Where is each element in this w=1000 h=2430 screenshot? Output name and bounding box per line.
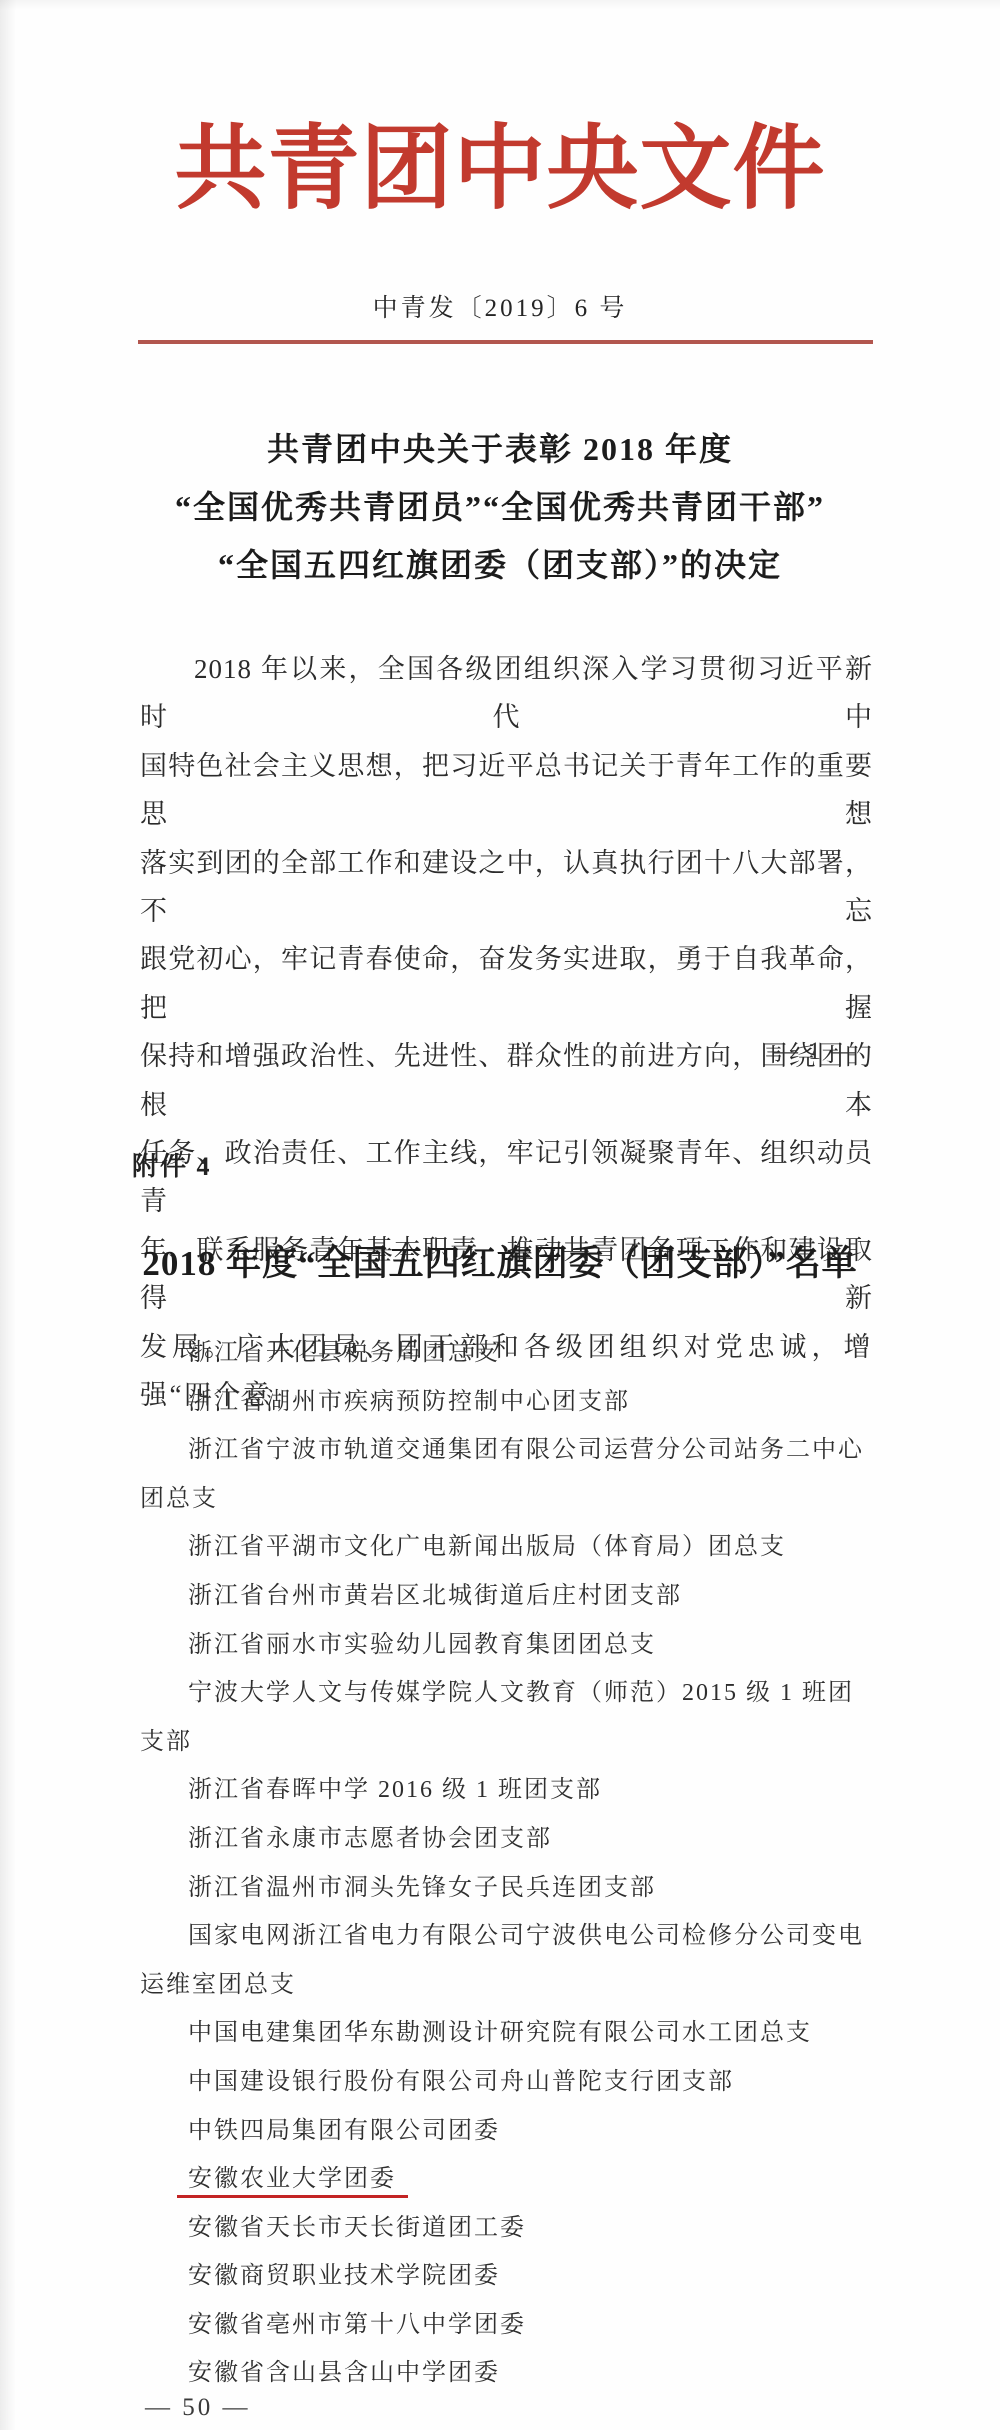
decision-title-line: “全国优秀共青团员”“全国优秀共青团干部” [0, 478, 1000, 536]
decision-title: 共青团中央关于表彰 2018 年度“全国优秀共青团员”“全国优秀共青团干部”“全… [0, 420, 1000, 594]
body-paragraph-line: 落实到团的全部工作和建设之中，认真执行团十八大部署，不忘 [140, 839, 873, 936]
award-list-item: 中铁四局集团有限公司团委 [140, 2107, 873, 2156]
award-list-item: 安徽商贸职业技术学院团委 [140, 2252, 873, 2301]
award-list-item: 国家电网浙江省电力有限公司宁波供电公司检修分公司变电运维室团总支 [140, 1912, 873, 2009]
award-list-item: 浙江省宁波市轨道交通集团有限公司运营分公司站务二中心团总支 [140, 1426, 873, 1523]
award-list-item: 安徽省含山县含山中学团委 [140, 2349, 873, 2398]
body-paragraph-line: 任务、政治责任、工作主线，牢记引领凝聚青年、组织动员青 [140, 1129, 873, 1226]
award-list-item: 浙江省湖州市疾病预防控制中心团支部 [140, 1378, 873, 1427]
document-issue-number: 中青发〔2019〕6 号 [0, 288, 1000, 324]
award-list-item: 浙江省温州市洞头先锋女子民兵连团支部 [140, 1864, 873, 1913]
page-number-first-page: — 1 — [773, 1038, 858, 1066]
scan-edge-shading-top [0, 0, 1000, 10]
decision-title-line: “全国五四红旗团委（团支部）”的决定 [0, 536, 1000, 594]
scan-edge-shading-left [0, 0, 16, 2430]
body-paragraph: 2018 年以来，全国各级团组织深入学习贯彻习近平新时代中国特色社会主义思想，把… [140, 645, 873, 1420]
document-header-title: 共青团中央文件 [0, 112, 1000, 227]
body-paragraph-line: 国特色社会主义思想，把习近平总书记关于青年工作的重要思想 [140, 742, 873, 839]
award-list-item: 安徽省亳州市第十八中学团委 [140, 2301, 873, 2350]
award-list-item: 宁波大学人文与传媒学院人文教育（师范）2015 级 1 班团支部 [140, 1669, 873, 1766]
award-list-item: 浙江省春晖中学 2016 级 1 班团支部 [140, 1766, 873, 1815]
decision-title-line: 共青团中央关于表彰 2018 年度 [0, 420, 1000, 478]
award-list-item: 中国电建集团华东勘测设计研究院有限公司水工团总支 [140, 2009, 873, 2058]
attachment-label: 附件 4 [132, 1146, 212, 1183]
scanned-document-page: 共青团中央文件 中青发〔2019〕6 号 共青团中央关于表彰 2018 年度“全… [0, 0, 1000, 2430]
award-list-item: 浙江省丽水市实验幼儿园教育集团团总支 [140, 1621, 873, 1670]
body-paragraph-line: 保持和增强政治性、先进性、群众性的前进方向，围绕团的根本 [140, 1032, 873, 1129]
page-number-list-page: — 50 — [145, 2394, 251, 2422]
body-paragraph-line: 2018 年以来，全国各级团组织深入学习贯彻习近平新时代中 [140, 645, 873, 742]
award-list-item: 浙江省永康市志愿者协会团支部 [140, 1815, 873, 1864]
award-list-item: 安徽农业大学团委 [140, 2155, 873, 2204]
award-list-item: 安徽省天长市天长街道团工委 [140, 2204, 873, 2253]
award-list: 浙江省开化县税务局团总支浙江省湖州市疾病预防控制中心团支部浙江省宁波市轨道交通集… [140, 1329, 873, 2398]
body-paragraph-line: 跟党初心，牢记青春使命，奋发务实进取，勇于自我革命，把握 [140, 935, 873, 1032]
red-divider-line [138, 340, 873, 344]
award-list-item: 浙江省台州市黄岩区北城街道后庄村团支部 [140, 1572, 873, 1621]
award-list-item: 浙江省开化县税务局团总支 [140, 1329, 873, 1378]
award-list-item: 中国建设银行股份有限公司舟山普陀支行团支部 [140, 2058, 873, 2107]
award-list-title: 2018 年度“全国五四红旗团委（团支部）”名单 [0, 1236, 1000, 1286]
award-list-item: 浙江省平湖市文化广电新闻出版局（体育局）团总支 [140, 1523, 873, 1572]
